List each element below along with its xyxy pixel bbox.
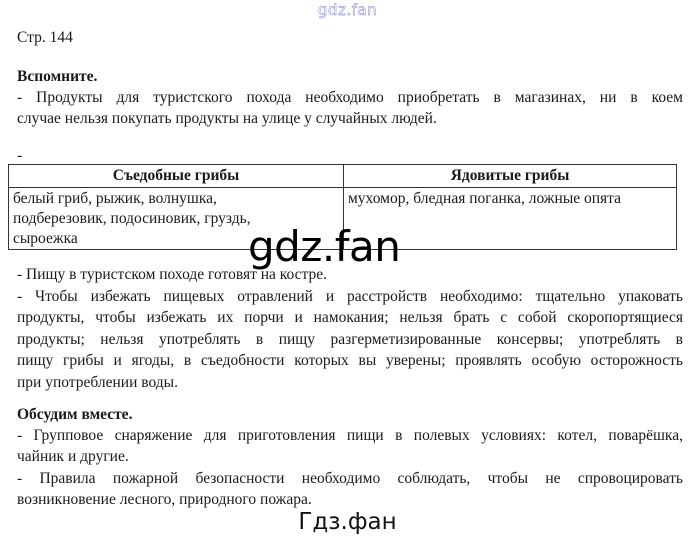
discuss-line-1: - Групповое снаряжение для приготовления… xyxy=(17,425,683,447)
discuss-line-2: чайник и другие. xyxy=(17,446,683,468)
remember-line-2: случае нельзя покупать продукты на улице… xyxy=(17,108,683,130)
page-number: Стр. 144 xyxy=(17,27,683,49)
heading-discuss: Обсудим вместе. xyxy=(17,404,683,426)
discuss-line-3: - Правила пожарной безопасности необходи… xyxy=(17,468,683,490)
table-header-row: Съедобные грибы Ядовитые грибы xyxy=(9,165,677,188)
document-page: gdz.fan Стр. 144 Вспомните. - Продукты д… xyxy=(0,0,695,543)
edible-line-1: белый гриб, рыжик, волнушка, xyxy=(13,189,339,209)
discuss-line-4: возникновение лесного, природного пожара… xyxy=(17,489,683,511)
cooking-line-5: пищу грибы и ягоды, в съедобности которы… xyxy=(17,350,683,372)
cooking-line-2: - Чтобы избежать пищевых отравлений и ра… xyxy=(17,286,683,308)
header-poisonous: Ядовитые грибы xyxy=(344,165,677,188)
watermark-top: gdz.fan xyxy=(0,1,695,19)
header-edible: Съедобные грибы xyxy=(9,165,344,188)
watermark-bottom: Гдз.фан xyxy=(0,509,695,535)
cooking-line-4: продукты; нельзя употреблять в пищу разг… xyxy=(17,329,683,351)
watermark-middle: gdz.fan xyxy=(248,222,400,271)
heading-remember: Вспомните. xyxy=(17,66,683,88)
cooking-line-3: продукты, чтобы избежать их порчи и намо… xyxy=(17,307,683,329)
cooking-line-6: при употреблении воды. xyxy=(17,372,683,394)
remember-line-1: - Продукты для туристского похода необхо… xyxy=(17,87,683,109)
